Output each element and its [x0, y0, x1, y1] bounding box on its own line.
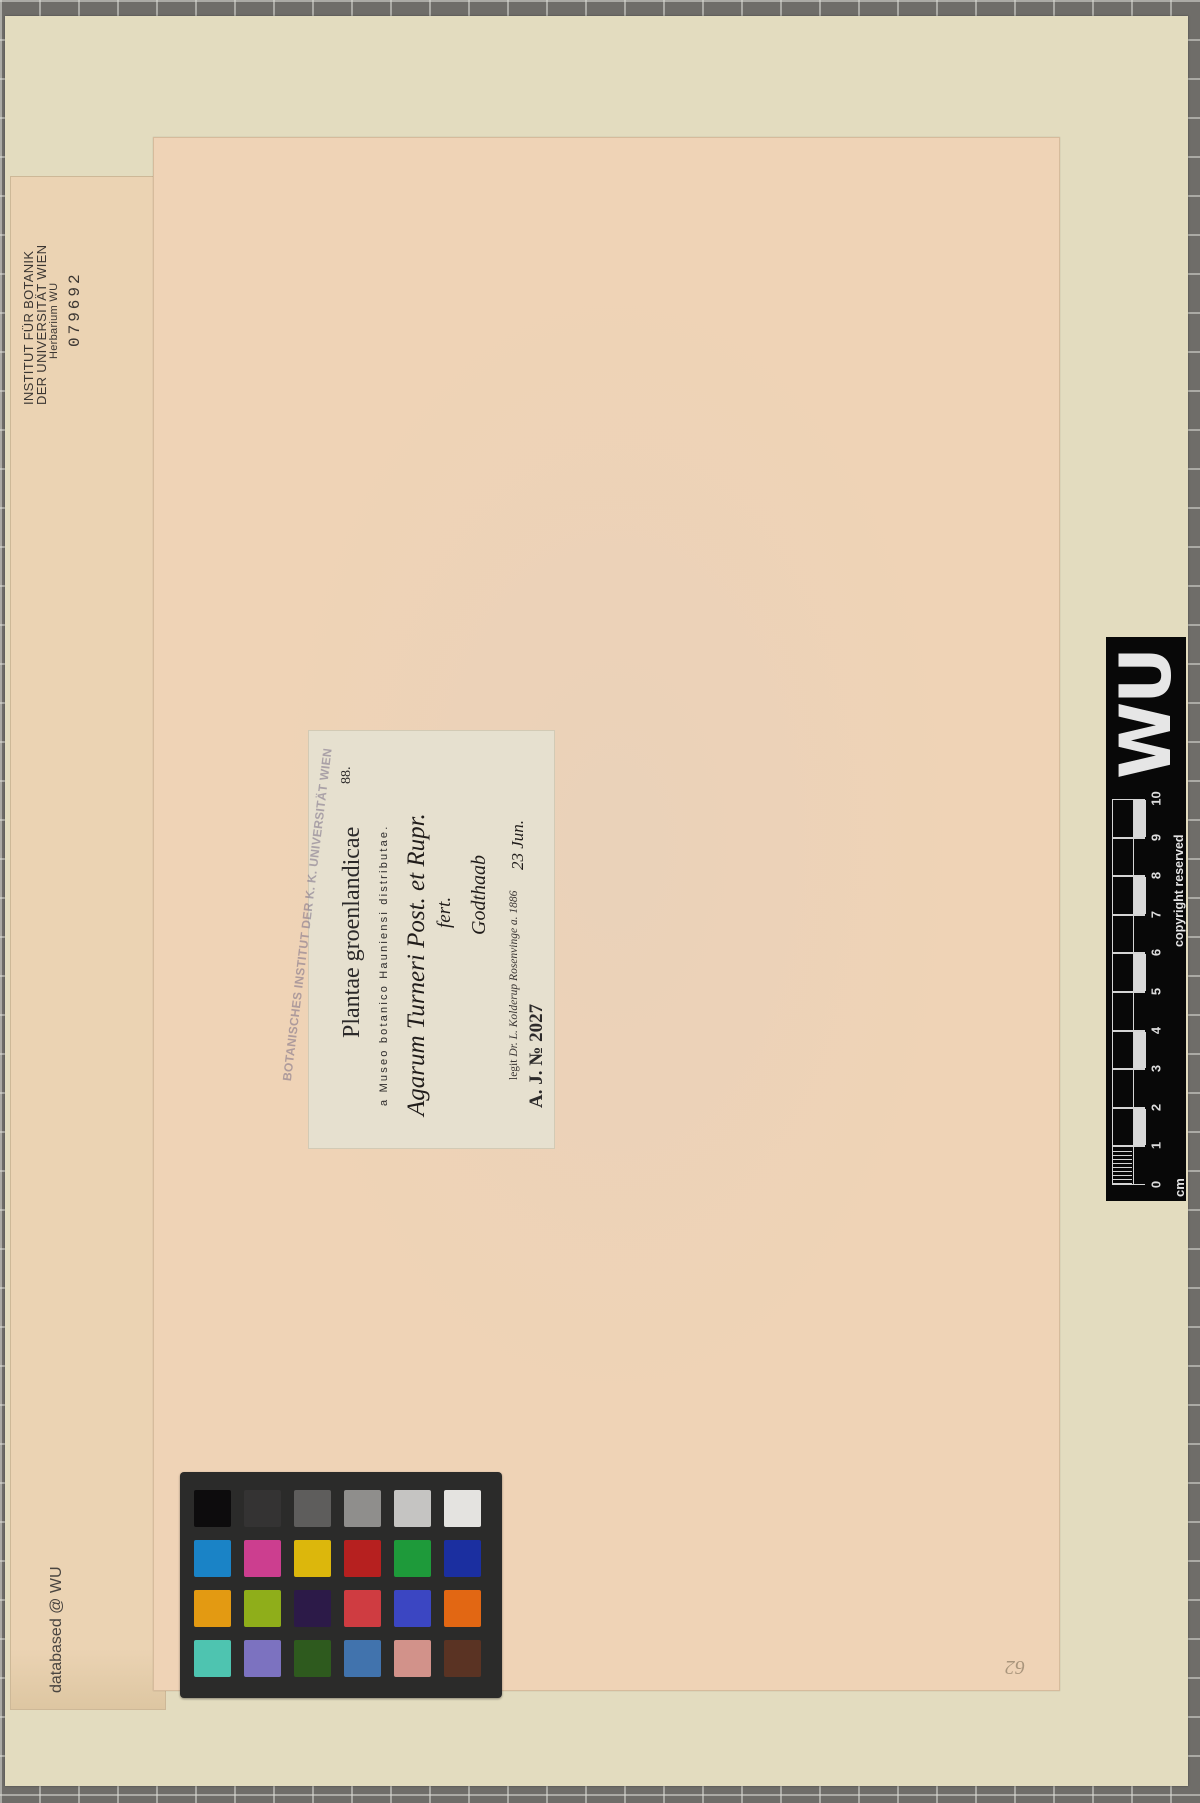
ruler-segment: [1112, 992, 1145, 1031]
ruler-segment: [1112, 953, 1145, 992]
color-patch: [194, 1590, 231, 1627]
ruler-tick-label: 6: [1149, 945, 1164, 961]
color-patch: [394, 1590, 431, 1627]
color-patch: [194, 1540, 231, 1577]
color-patch: [194, 1640, 231, 1677]
institution-line2: DER UNIVERSITÄT WIEN: [35, 145, 48, 405]
ruler-segment: [1112, 1069, 1145, 1108]
color-patch: [294, 1640, 331, 1677]
color-patch: [244, 1590, 281, 1627]
label-locality: Godthaab: [468, 855, 491, 935]
color-patch: [294, 1540, 331, 1577]
color-patch: [394, 1640, 431, 1677]
label-taxon: Agarum Turneri Post. et Rupr.: [403, 813, 431, 1116]
scale-ruler: WU copyright reserved cm 012345678910: [1106, 637, 1186, 1201]
ruler-segment: [1112, 915, 1145, 954]
ruler-segment: [1112, 1146, 1145, 1185]
collector-prefix: legit: [508, 1060, 520, 1080]
ruler-segment: [1112, 1108, 1145, 1147]
color-patch: [394, 1540, 431, 1577]
label-title: Plantae groenlandicae: [339, 827, 366, 1038]
color-patch: [244, 1540, 281, 1577]
label-series-number: 88.: [339, 767, 355, 785]
ruler-tick-label: 7: [1149, 906, 1164, 922]
ruler-tick-label: 8: [1149, 868, 1164, 884]
copyright-text: copyright reserved: [1172, 834, 1186, 947]
color-patch: [294, 1590, 331, 1627]
color-patch: [344, 1540, 381, 1577]
ruler-tick-label: 2: [1149, 1099, 1164, 1115]
color-patch: [344, 1490, 381, 1527]
collector-name: Dr. L. Kolderup Rosenvinge: [508, 928, 520, 1057]
institution-line3: Herbarium WU: [48, 145, 61, 405]
ruler-tick-label: 5: [1149, 984, 1164, 1000]
ruler-tick-label: 3: [1149, 1061, 1164, 1077]
color-patch: [444, 1490, 481, 1527]
label-number: A. J. № 2027: [526, 1004, 548, 1108]
accession-number: 079692: [69, 145, 82, 405]
color-patch: [444, 1640, 481, 1677]
ruler-segment: [1112, 876, 1145, 915]
ruler-tick-label: 10: [1149, 791, 1164, 807]
ruler-tick-label: 9: [1149, 829, 1164, 845]
color-patch: [194, 1490, 231, 1527]
ruler-tick-label: 1: [1149, 1138, 1164, 1154]
label-collector-line: legit Dr. L. Kolderup Rosenvinge a. 1886: [508, 891, 520, 1080]
color-patch: [444, 1590, 481, 1627]
color-patch: [244, 1640, 281, 1677]
color-patch: [344, 1590, 381, 1627]
color-calibration-chart: [180, 1472, 502, 1698]
databased-note: databased @ WU: [48, 1566, 66, 1693]
pencil-number: 62: [1005, 1655, 1025, 1678]
ruler-segment: [1112, 1031, 1145, 1070]
label-subtitle: a Museo botanico Hauniensi distributae.: [378, 825, 390, 1106]
ruler-segment: [1112, 799, 1145, 838]
folder-strip: [10, 176, 166, 1710]
collection-year: a. 1886: [508, 891, 520, 926]
wu-logo: WU: [1112, 653, 1180, 775]
color-patch: [394, 1490, 431, 1527]
ruler-tick-label: 4: [1149, 1022, 1164, 1038]
label-date: 23 Jun.: [508, 820, 528, 870]
color-patch: [444, 1540, 481, 1577]
color-patch: [244, 1490, 281, 1527]
ruler-tick-label: 0: [1149, 1177, 1164, 1193]
color-patch: [344, 1640, 381, 1677]
ruler-segment: [1112, 838, 1145, 877]
unit-label: cm: [1172, 1178, 1187, 1197]
label-fert: fert.: [434, 897, 456, 928]
cm-scale: [1112, 799, 1145, 1185]
institution-stamp: INSTITUT FÜR BOTANIK DER UNIVERSITÄT WIE…: [22, 145, 82, 405]
color-patch: [294, 1490, 331, 1527]
